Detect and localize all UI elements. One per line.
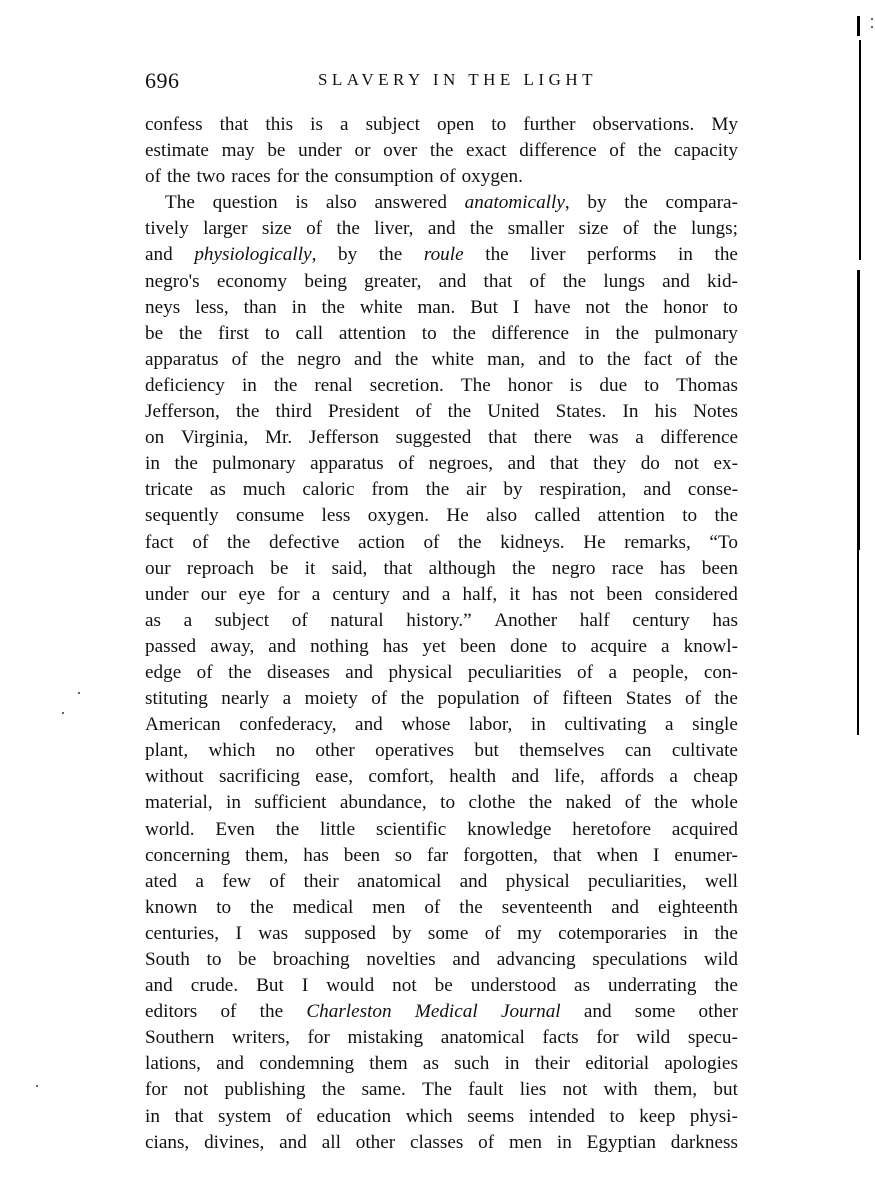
word: liver, (374, 216, 413, 242)
word: and (439, 269, 467, 295)
word: ease, (315, 764, 353, 790)
word: world. (145, 817, 195, 843)
word: and (216, 1051, 244, 1077)
word: to (682, 503, 697, 529)
body-text: confessthatthisisasubjectopentofurtherob… (145, 112, 738, 1156)
word: so (395, 843, 412, 869)
word: oxygen. (368, 503, 429, 529)
word: difference (492, 321, 569, 347)
word: in (678, 242, 693, 268)
scan-speck (36, 1085, 38, 1087)
word: in (557, 1130, 572, 1156)
word: a (340, 112, 349, 138)
word: In (622, 399, 638, 425)
word: passed (145, 634, 196, 660)
word: suggested (396, 425, 472, 451)
word: the (227, 530, 250, 556)
word: and (584, 999, 612, 1025)
word: physi- (690, 1104, 738, 1130)
word: be (435, 973, 453, 999)
word: secretion. (370, 373, 444, 399)
word: the (714, 347, 737, 373)
word: to (723, 295, 738, 321)
word: our (145, 556, 171, 582)
word: call (295, 321, 323, 347)
word: them, (245, 843, 288, 869)
word: do (641, 451, 660, 477)
word: abundance, (340, 790, 427, 816)
word: air (466, 477, 486, 503)
word: can (625, 738, 652, 764)
word: two (196, 164, 225, 190)
word: fact (145, 530, 174, 556)
word: by (338, 242, 357, 268)
word: classes (410, 1130, 463, 1156)
word: kidneys. (500, 530, 565, 556)
word: fifteen (562, 686, 612, 712)
word: I (302, 973, 308, 999)
word: due (599, 373, 627, 399)
word: negroes, (429, 451, 493, 477)
text-line: onVirginia,Mr.Jeffersonsuggestedthatther… (145, 425, 738, 451)
word: their (535, 1051, 570, 1077)
word: of (197, 660, 213, 686)
text-line: tivelylargersizeoftheliver,andthesmaller… (145, 216, 738, 242)
word: the (470, 216, 493, 242)
word: a (195, 869, 204, 895)
word: He (583, 530, 605, 556)
word: operatives (375, 738, 454, 764)
word: other (356, 1130, 395, 1156)
word: by (587, 190, 606, 216)
word: than (244, 295, 277, 321)
word: Mr. (265, 425, 292, 451)
word: supposed (304, 921, 375, 947)
text-line: sequentlyconsumelessoxygen.Healsocalleda… (145, 503, 738, 529)
text-line: cians,divines,andallotherclassesofmeninE… (145, 1130, 738, 1156)
word: a (661, 634, 670, 660)
word: consume (236, 503, 304, 529)
word: The (422, 1077, 452, 1103)
word: the (276, 817, 299, 843)
word: American (145, 712, 221, 738)
word: acquired (672, 817, 738, 843)
word: physical (388, 660, 452, 686)
word: nothing (310, 634, 369, 660)
word: facts (542, 1025, 578, 1051)
word: them (369, 1051, 407, 1077)
word: kid- (707, 269, 738, 295)
word: editors (145, 999, 197, 1025)
word: third (276, 399, 312, 425)
text-line: Thequestionisalsoansweredanatomically,by… (145, 190, 738, 216)
word: size (579, 216, 609, 242)
text-line: estimatemaybeunderorovertheexactdifferen… (145, 138, 738, 164)
word: the (174, 451, 197, 477)
running-head: SLAVERY IN THE LIGHT (145, 70, 740, 90)
word: also (486, 503, 517, 529)
word: with (604, 1077, 638, 1103)
word: comfort, (368, 764, 434, 790)
word: men (509, 1130, 542, 1156)
word: compara- (665, 190, 737, 216)
scan-edge-shadow (857, 550, 859, 735)
word: neys (145, 295, 180, 321)
word: States (626, 686, 672, 712)
word: novelties (366, 947, 435, 973)
word: the (625, 295, 648, 321)
word: crude. (191, 973, 238, 999)
word: done (510, 634, 547, 660)
word: the (260, 999, 283, 1025)
word: of (145, 164, 161, 190)
word: attention (598, 503, 665, 529)
word: Jefferson, (145, 399, 220, 425)
word: honor (663, 295, 708, 321)
word: Notes (693, 399, 738, 425)
word: forgotten, (463, 843, 538, 869)
word: nearly (221, 686, 269, 712)
word: all (322, 1130, 341, 1156)
word: the (607, 347, 630, 373)
word: South (145, 947, 190, 973)
word: natural (330, 608, 383, 634)
word: a (184, 608, 193, 634)
word: of (609, 138, 625, 164)
word: in (531, 712, 546, 738)
word: their (304, 869, 339, 895)
word: mistaking (347, 1025, 423, 1051)
word: the (563, 269, 586, 295)
word: wild (704, 947, 738, 973)
word: of (220, 999, 236, 1025)
word: answered (374, 190, 446, 216)
word: and (355, 712, 383, 738)
word: Southern (145, 1025, 214, 1051)
word: in (292, 295, 307, 321)
word: of (371, 686, 387, 712)
text-line: stitutingnearlyamoietyofthepopulationoff… (145, 686, 738, 712)
word: of (269, 869, 285, 895)
word: was (258, 921, 288, 947)
scan-speck (62, 712, 64, 714)
word: heretofore (572, 817, 651, 843)
word: performs (587, 242, 656, 268)
word: it (509, 582, 520, 608)
word: themselves (519, 738, 604, 764)
text-line: underoureyeforacenturyandahalf,ithasnotb… (145, 582, 738, 608)
word: and (428, 216, 456, 242)
word: to (644, 373, 659, 399)
word: The (461, 373, 491, 399)
word: when (597, 843, 639, 869)
word: “To (709, 530, 738, 556)
word: question (213, 190, 278, 216)
text-line: bethefirsttocallattentiontothedifference… (145, 321, 738, 347)
word: naked (566, 790, 612, 816)
word: further (523, 112, 575, 138)
word: of (192, 530, 208, 556)
word: the (452, 321, 475, 347)
word: that (488, 425, 517, 451)
word: less, (195, 295, 229, 321)
word: specu- (688, 1025, 738, 1051)
word: of (232, 347, 248, 373)
word: it (305, 556, 316, 582)
text-line: withoutsacrificingease,comfort,healthand… (145, 764, 738, 790)
word: and (145, 973, 173, 999)
word: advancing (497, 947, 576, 973)
word: over (383, 138, 417, 164)
word: Even (215, 817, 254, 843)
word: same. (362, 1077, 406, 1103)
word: negro (297, 347, 341, 373)
word: but (474, 738, 499, 764)
word: as (210, 477, 226, 503)
word: for (308, 1025, 330, 1051)
word: condemning (259, 1051, 354, 1077)
text-line: asasubjectofnaturalhistory.”Anotherhalfc… (145, 608, 738, 634)
word: life, (554, 764, 584, 790)
word: or (354, 138, 370, 164)
word: in (242, 373, 257, 399)
word: far (427, 843, 448, 869)
word: exact (466, 138, 506, 164)
word: white (431, 347, 474, 373)
word: the (448, 399, 471, 425)
text-line: plant,whichnootheroperativesbutthemselve… (145, 738, 738, 764)
word: in (145, 1104, 160, 1130)
word: of (424, 895, 440, 921)
text-line: negro'seconomybeinggreater,andthatofthel… (145, 269, 738, 295)
word: Egyptian (587, 1130, 656, 1156)
word: lungs; (691, 216, 738, 242)
word: acquire (591, 634, 647, 660)
word: said, (332, 556, 368, 582)
word: larger (203, 216, 247, 242)
word: is (295, 190, 308, 216)
word: our (201, 582, 227, 608)
word: anatomical (357, 869, 441, 895)
word: a (608, 660, 617, 686)
word: observations. (593, 112, 695, 138)
text-line: andcrude.ButIwouldnotbeunderstoodasunder… (145, 973, 738, 999)
text-line: lations,andcondemningthemassuchintheired… (145, 1051, 738, 1077)
word: been (344, 843, 380, 869)
word: been (460, 634, 496, 660)
word: negro's (145, 269, 200, 295)
word: away, (210, 634, 254, 660)
text-line: inthatsystemofeducationwhichseemsintende… (145, 1104, 738, 1130)
scan-edge-shadow (857, 270, 860, 550)
word: races (231, 164, 270, 190)
word: sequently (145, 503, 219, 529)
word: be (267, 138, 285, 164)
word: some (635, 999, 676, 1025)
word: has (660, 556, 686, 582)
word: divines, (204, 1130, 264, 1156)
word: the (638, 138, 661, 164)
word: on (145, 425, 164, 451)
word: reproach (187, 556, 254, 582)
word: not (570, 582, 595, 608)
text-line: world.Eventhelittlescientificknowledgehe… (145, 817, 738, 843)
word: the (459, 895, 482, 921)
word: to (610, 1104, 625, 1130)
scan-speck (78, 692, 80, 694)
word: of (286, 1104, 302, 1130)
word: labor, (469, 712, 512, 738)
word: health (449, 764, 496, 790)
word: Journal (501, 999, 561, 1025)
word: also (326, 190, 357, 216)
text-line: confessthatthisisasubjectopentofurtherob… (145, 112, 738, 138)
word: Another (494, 608, 557, 634)
word: is (310, 112, 323, 138)
word: not (585, 295, 610, 321)
word: ated (145, 869, 177, 895)
word: in (145, 451, 160, 477)
scan-edge-shadow (859, 40, 861, 260)
word: lies (520, 1077, 547, 1103)
word: writers, (232, 1025, 290, 1051)
word: whole (691, 790, 738, 816)
scan-speck (871, 26, 873, 28)
word: in (505, 1051, 520, 1077)
word: of (485, 921, 501, 947)
text-line: atedafewoftheiranatomicalandphysicalpecu… (145, 869, 738, 895)
word: pulmonary (655, 321, 738, 347)
word: as (574, 973, 590, 999)
word: wild (636, 1025, 670, 1051)
word: the (250, 895, 273, 921)
word: tively (145, 216, 189, 242)
word: is (570, 373, 583, 399)
word: a (665, 712, 674, 738)
word: a (312, 582, 321, 608)
word: cultivate (672, 738, 738, 764)
word: be (145, 321, 163, 347)
word: My (711, 112, 738, 138)
word: and (643, 477, 671, 503)
word: has (383, 634, 409, 660)
word: Virginia, (181, 425, 248, 451)
book-page: 696 SLAVERY IN THE LIGHT confessthatthis… (0, 0, 875, 1200)
text-line: concerningthem,hasbeensofarforgotten,tha… (145, 843, 738, 869)
text-line: deficiencyintherenalsecretion.Thehonoris… (145, 373, 738, 399)
word: to (491, 112, 506, 138)
word: concerning (145, 843, 230, 869)
page-header: 696 SLAVERY IN THE LIGHT (145, 66, 740, 96)
word: the (715, 242, 738, 268)
word: consumption (334, 164, 433, 190)
word: I (235, 921, 241, 947)
word: scientific (376, 817, 446, 843)
word: lations, (145, 1051, 201, 1077)
word: yet (422, 634, 445, 660)
word: the (654, 790, 677, 816)
word: known (145, 895, 197, 921)
word: few (222, 869, 251, 895)
word: defective (269, 530, 339, 556)
word: the (426, 477, 449, 503)
text-line: centuries,Iwassupposedbysomeofmycotempor… (145, 921, 738, 947)
word: to (579, 347, 594, 373)
word: peculiarities, (588, 869, 687, 895)
word: economy (217, 269, 287, 295)
word: and (662, 269, 690, 295)
word: for (277, 164, 299, 190)
word: physiologically, (194, 242, 316, 268)
word: may (222, 138, 255, 164)
word: enumer- (674, 843, 738, 869)
word: to (440, 790, 455, 816)
word: a (669, 764, 678, 790)
word: renal (314, 373, 352, 399)
word: the (274, 373, 297, 399)
word: under (145, 582, 189, 608)
word: action (358, 530, 405, 556)
word: the (395, 347, 418, 373)
word: of (398, 451, 414, 477)
word: edge (145, 660, 181, 686)
word: by (503, 477, 522, 503)
scan-speck (871, 18, 873, 20)
word: less (322, 503, 351, 529)
word: be (270, 556, 288, 582)
word: and (354, 347, 382, 373)
word: the (512, 556, 535, 582)
text-line: Southtobebroachingnoveltiesandadvancings… (145, 947, 738, 973)
word: subject (215, 608, 269, 634)
word: seems (467, 1104, 514, 1130)
word: caloric (302, 477, 354, 503)
word: knowledge (467, 817, 551, 843)
word: be (238, 947, 256, 973)
word: diseases (267, 660, 330, 686)
word: But (470, 295, 498, 321)
word: other (315, 738, 354, 764)
word: apparatus (310, 451, 384, 477)
word: the (430, 138, 453, 164)
text-line: factofthedefectiveactionofthekidneys.Her… (145, 530, 738, 556)
word: understood (471, 973, 556, 999)
word: to (265, 321, 280, 347)
word: of (685, 347, 701, 373)
word: and (511, 764, 539, 790)
word: publishing (225, 1077, 306, 1103)
word: anatomical (441, 1025, 525, 1051)
word: Thomas (676, 373, 738, 399)
word: century (632, 608, 690, 634)
text-line: tricateasmuchcaloricfromtheairbyrespirat… (145, 477, 738, 503)
word: and (402, 582, 430, 608)
text-line: andphysiologically,bytherouletheliverper… (145, 242, 738, 268)
word: some (428, 921, 469, 947)
word: clothe (468, 790, 515, 816)
word: cians, (145, 1130, 189, 1156)
word: although (429, 556, 496, 582)
word: centuries, (145, 921, 219, 947)
word: the (261, 347, 284, 373)
word: the (529, 790, 552, 816)
word: and (508, 451, 536, 477)
text-line: fornotpublishingthesame.Thefaultliesnotw… (145, 1077, 738, 1103)
word: smaller (508, 216, 564, 242)
word: eye (238, 582, 265, 608)
word: and (345, 660, 373, 686)
word: history.” (406, 608, 471, 634)
